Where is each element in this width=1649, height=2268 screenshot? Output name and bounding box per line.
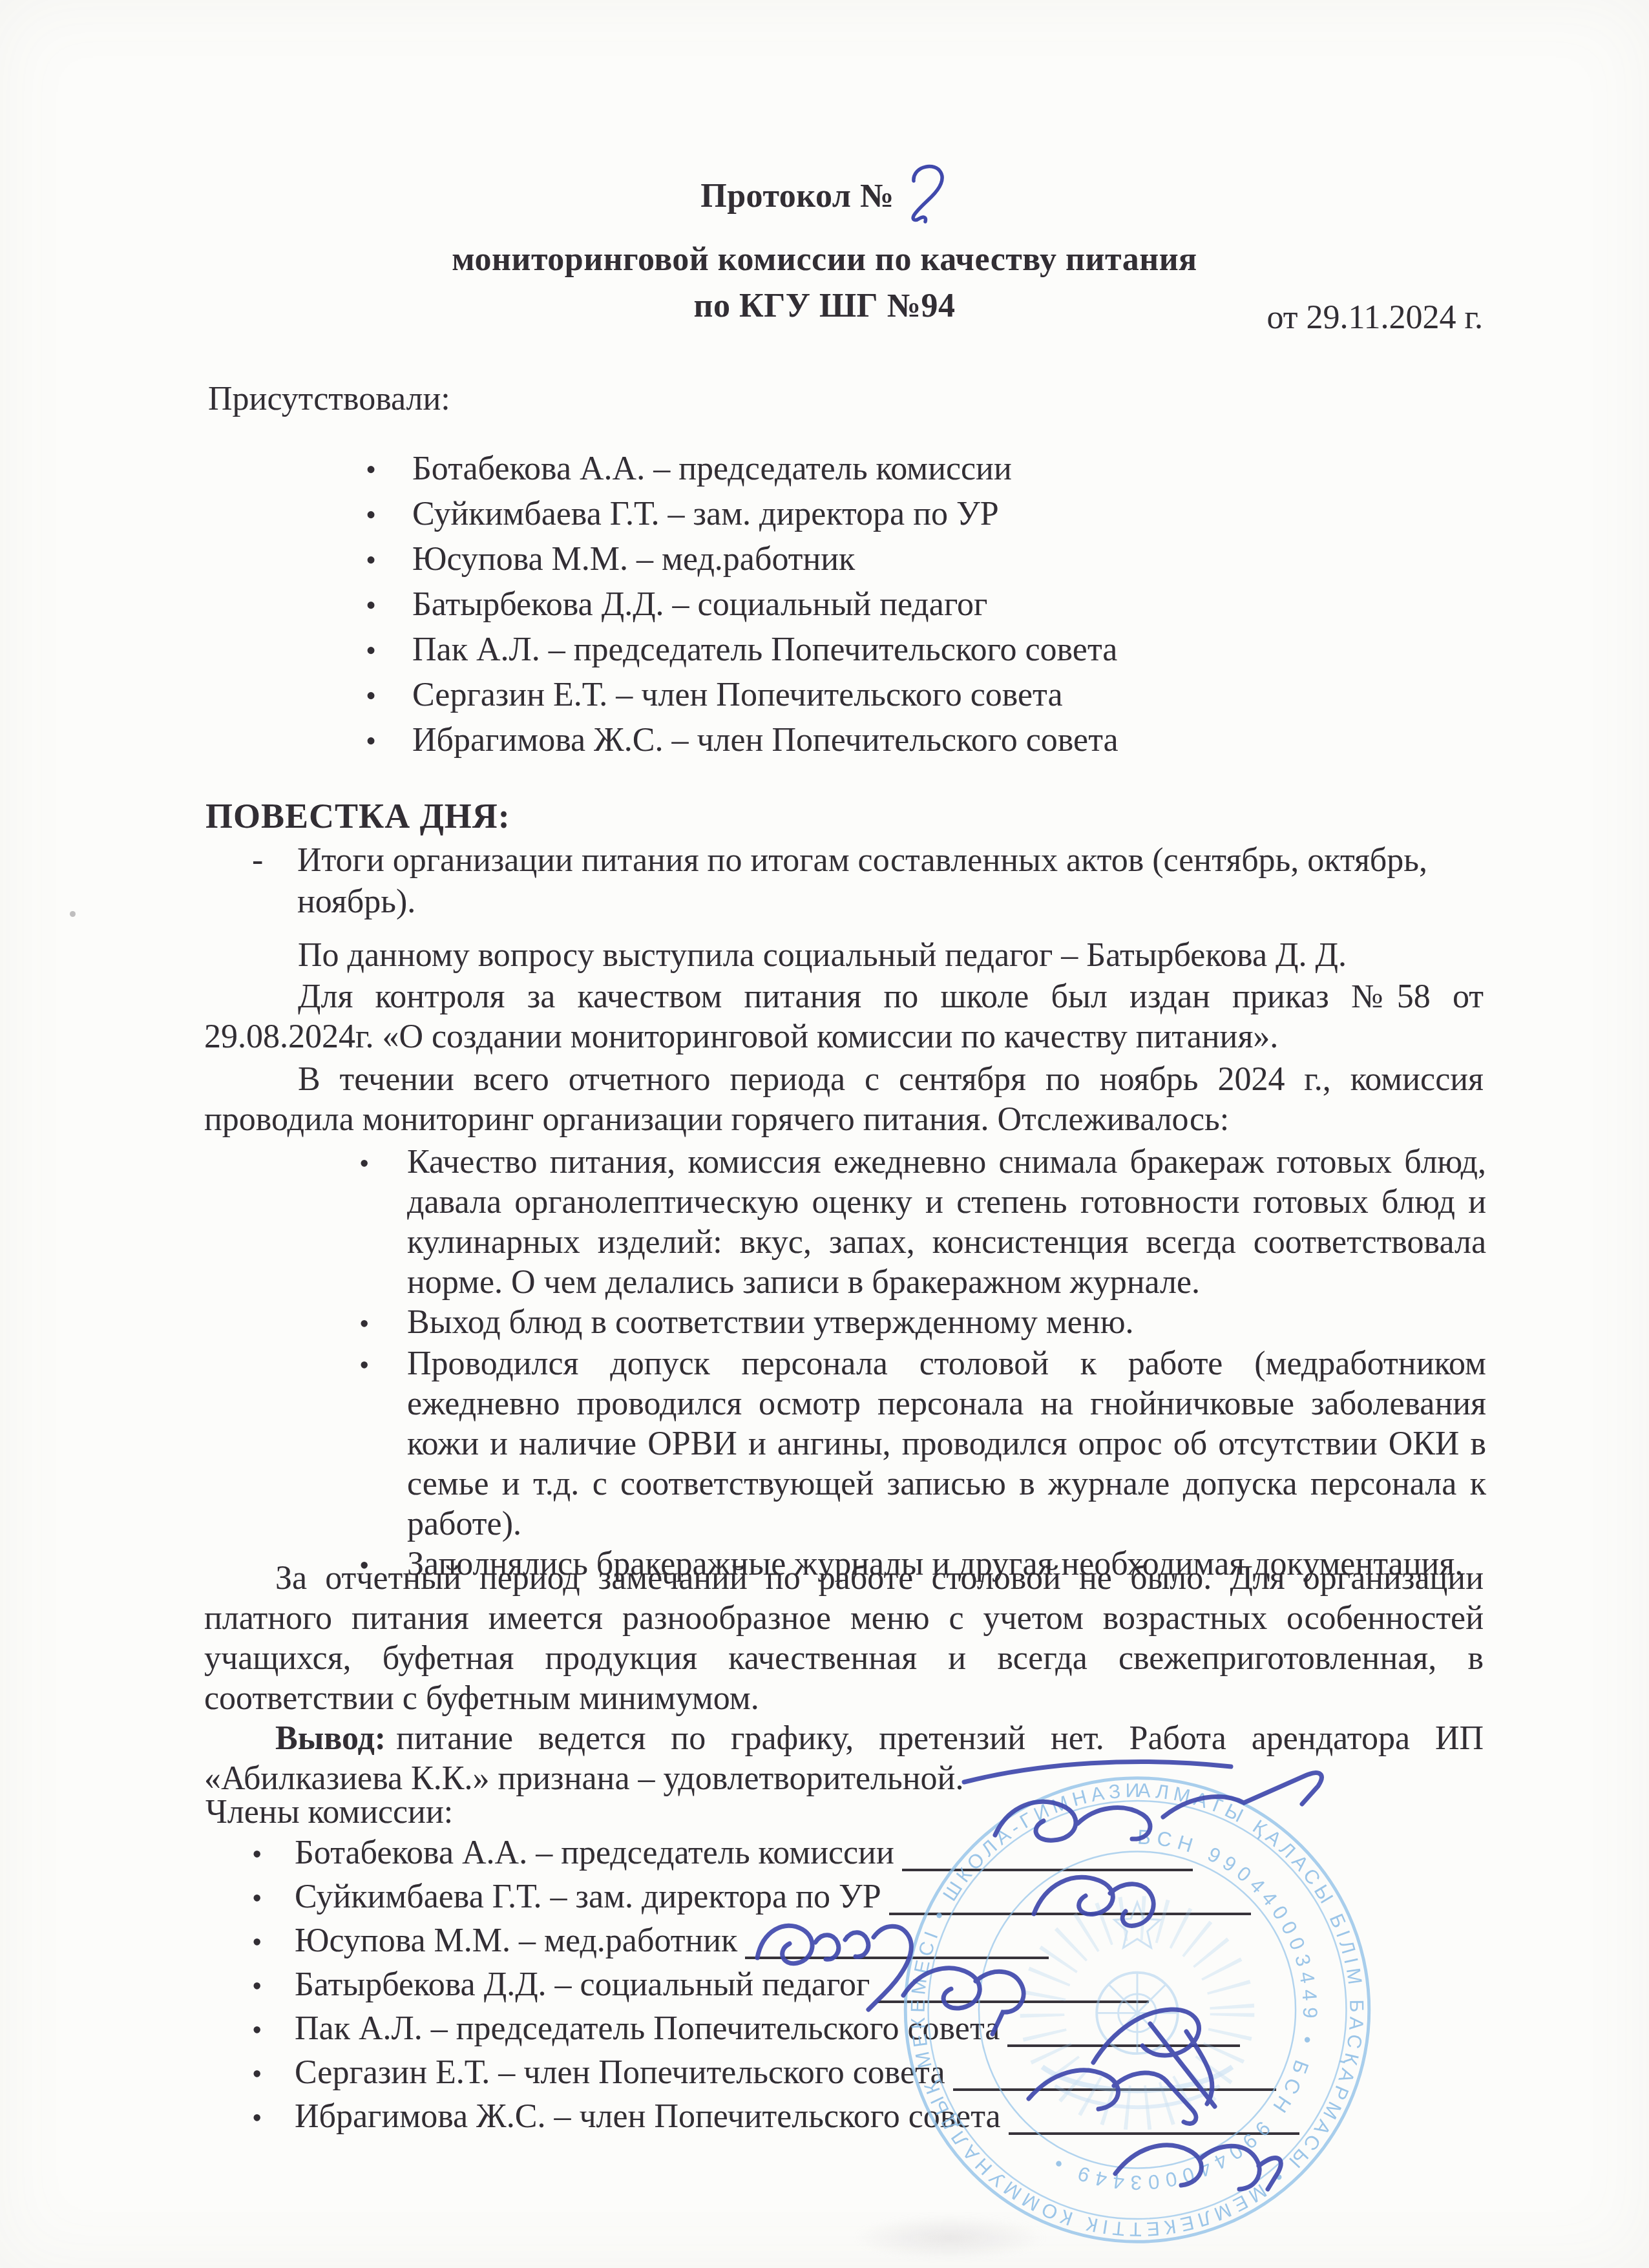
monitoring-text: Выход блюд в соответствии утвержденному … <box>407 1303 1486 1344</box>
signature-stroke <box>964 1761 1231 1782</box>
paragraph-monitoring: В течении всего отчетного периода с сент… <box>204 1060 1484 1140</box>
signature-stroke <box>1029 2070 1196 2124</box>
bullet-marker: • <box>252 2013 295 2046</box>
scan-speck <box>70 911 76 917</box>
attendee-text: Пак А.Л. – председатель Попечительского … <box>412 631 1117 669</box>
attendee-text: Ибрагимова Ж.С. – член Попечительского с… <box>412 721 1119 759</box>
bullet-marker: • <box>252 1969 295 2002</box>
bullet-marker: • <box>366 633 412 667</box>
title-line-1: Протокол № <box>185 159 1464 236</box>
signature-stroke <box>903 1968 1024 2034</box>
monitoring-item: •Проводился допуск персонала столовой к … <box>359 1344 1487 1544</box>
attendee-item: •Батырбекова Д.Д. – социальный педагог <box>366 585 1497 631</box>
bullet-marker: • <box>359 1344 407 1544</box>
bullet-marker: • <box>366 452 412 487</box>
signature-stroke <box>757 1926 911 2010</box>
paragraph-speaker: По данному вопросу выступила социальный … <box>204 936 1484 976</box>
paragraph-summary: За отчетный период замечаний по работе с… <box>204 1559 1484 1719</box>
title-line-2: мониторинговой комиссии по качеству пита… <box>185 236 1464 283</box>
attendee-item: •Ибрагимова Ж.С. – член Попечительского … <box>366 721 1497 766</box>
attendee-text: Сергазин Е.Т. – член Попечительского сов… <box>412 676 1063 714</box>
bullet-marker: • <box>252 2057 295 2090</box>
bullet-marker: • <box>366 588 412 622</box>
signature-stroke <box>1093 2010 1215 2106</box>
scan-smudge <box>853 2215 1047 2260</box>
bullet-marker: • <box>366 724 412 758</box>
members-heading: Члены комиссии: <box>205 1793 453 1831</box>
agenda-heading: ПОВЕСТКА ДНЯ: <box>205 796 510 836</box>
dash-marker: - <box>252 840 297 923</box>
monitoring-text: Проводился допуск персонала столовой к р… <box>407 1344 1486 1544</box>
attendee-item: •Ботабекова А.А. – председатель комиссии <box>366 450 1497 495</box>
attendees-list: •Ботабекова А.А. – председатель комиссии… <box>366 450 1497 766</box>
monitoring-list: •Качество питания, комиссия ежедневно сн… <box>359 1142 1487 1586</box>
attendee-item: •Сергазин Е.Т. – член Попечительского со… <box>366 676 1497 721</box>
document-date: от 29.11.2024 г. <box>207 299 1483 337</box>
monitoring-item: •Выход блюд в соответствии утвержденному… <box>359 1303 1487 1344</box>
agenda-text: Итоги организации питания по итогам сост… <box>297 840 1454 923</box>
attendee-text: Ботабекова А.А. – председатель комиссии <box>412 450 1012 488</box>
bullet-marker: • <box>366 678 412 713</box>
bullet-marker: • <box>252 2101 295 2134</box>
attendee-text: Юсупова М.М. – мед.работник <box>412 540 855 578</box>
agenda-item: - Итоги организации питания по итогам со… <box>252 840 1460 923</box>
bullet-marker: • <box>366 543 412 577</box>
title-prefix: Протокол № <box>700 178 894 215</box>
monitoring-text: Качество питания, комиссия ежедневно сни… <box>407 1142 1486 1303</box>
signature-stroke <box>1034 1877 1153 1926</box>
signature-stroke <box>1115 2145 1281 2189</box>
scanned-protocol-page: Протокол № мониторинговой комиссии по ка… <box>0 0 1649 2268</box>
signature-stroke <box>995 1773 1321 1840</box>
attendee-text: Суйкимбаева Г.Т. – зам. директора по УР <box>412 495 999 533</box>
bullet-marker: • <box>252 1882 295 1915</box>
attendee-item: •Пак А.Л. – председатель Попечительского… <box>366 631 1497 676</box>
paragraph-order: Для контроля за качеством питания по шко… <box>204 977 1484 1057</box>
bullet-marker: • <box>252 1838 295 1871</box>
bullet-marker: • <box>366 498 412 532</box>
attendees-heading: Присутствовали: <box>208 380 450 418</box>
attendee-text: Батырбекова Д.Д. – социальный педагог <box>412 585 987 624</box>
conclusion-label: Вывод: <box>275 1720 386 1757</box>
attendee-item: •Юсупова М.М. – мед.работник <box>366 540 1497 585</box>
bullet-marker: • <box>359 1303 407 1344</box>
bullet-marker: • <box>252 1926 295 1958</box>
attendee-item: •Суйкимбаева Г.Т. – зам. директора по УР <box>366 495 1497 540</box>
handwritten-signatures <box>646 1745 1454 2249</box>
bullet-marker: • <box>359 1142 407 1303</box>
monitoring-item: •Качество питания, комиссия ежедневно сн… <box>359 1142 1487 1303</box>
handwritten-protocol-number <box>903 159 949 236</box>
